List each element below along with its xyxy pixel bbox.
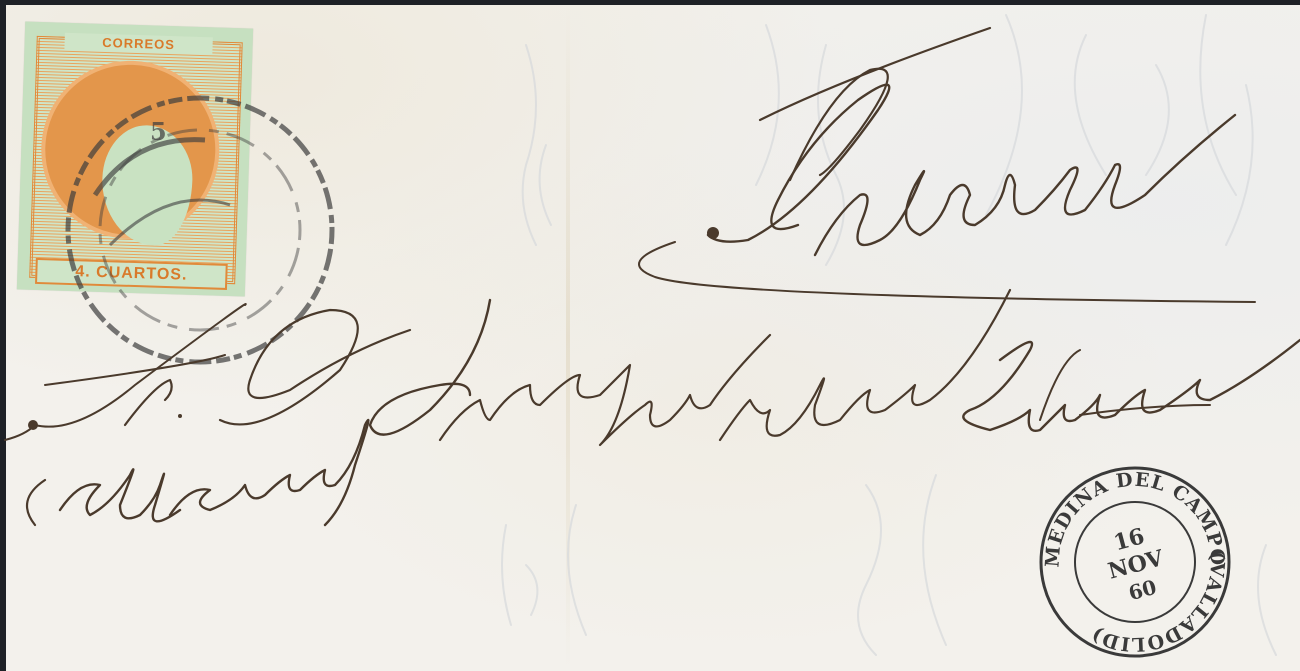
address-note: (del com.) bbox=[40, 475, 263, 526]
date-postmark: MEDINA DEL CAMPO (VALLADOLID) 16 NOV 60 bbox=[1035, 462, 1235, 662]
destination-city: Palencia bbox=[700, 170, 955, 240]
recipient-name: Sr. D. Enrique de la Cuétara bbox=[40, 375, 842, 440]
